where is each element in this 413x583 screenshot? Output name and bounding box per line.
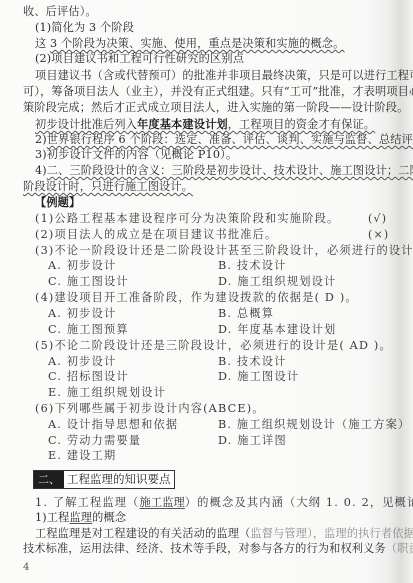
option: C. 施工图设计 <box>48 275 129 289</box>
wavy-underlined-text: 二、三阶段设计的含义：三阶段是初步设计、技术设计、施工图设计；二阶段少技术，当一 <box>47 164 413 177</box>
option: C. 施工图预算 <box>48 323 129 337</box>
option: B. 总概算 <box>218 307 274 321</box>
text-span: 工程监理是对工程建设的有关活动的监理（ <box>35 527 250 540</box>
option: B. 技术设计 <box>218 355 286 369</box>
text-line: 项目建议书（含或代替预可）的批准并非项目最终决策，只是可以进行工程可行性研究（工 <box>35 69 413 83</box>
option: D. 年度基本建设计划 <box>218 323 336 337</box>
question-1: (1)公路工程基本建设程序可分为决策阶段和实施阶段。 <box>35 212 339 226</box>
option: A. 设计指导思想和依据 <box>48 418 178 432</box>
text-line: 阶段设计时，只进行施工图设计。 <box>23 180 193 194</box>
wavy-underlined-text: 阶段设计时，只进行施工图设计。 <box>23 180 193 193</box>
section-number: 二、 <box>34 471 64 488</box>
option: E. 施工组织规划设计 <box>48 386 166 400</box>
wavy-underlined-text: 初步设计批准后列入 <box>35 118 137 131</box>
question-3: (3)不论一阶段设计还是二阶段设计甚至三阶段设计，必须进行的设计是( C )。 <box>35 244 413 258</box>
option: D. 施工详图 <box>218 434 287 448</box>
option: A. 初步设计 <box>48 355 116 369</box>
wavy-underlined-text: ，工程项目的资金才有保证。 <box>228 118 375 131</box>
question-6: (6)下列哪些属于初步设计内容(ABCE)。 <box>35 402 265 416</box>
text-span: 4) <box>35 164 47 177</box>
text-line: 技术标准，运用法律、经济、技术等手段，对参与各方的行为和权利义务（职责）进行必要… <box>23 542 413 556</box>
subheading: (2)项目建议书和工程可行性研究的区别点 <box>35 52 244 66</box>
option: D. 施工组织规划设计 <box>218 275 336 289</box>
bold-text: 年度基本建设计划 <box>137 117 228 131</box>
question-5: (5)不论二阶段设计还是三阶段设计，必须进行的设计是( AD )。 <box>35 339 392 353</box>
text-line: 收、后评估）。 <box>23 5 97 19</box>
subheading: 1)工程监理的概念 <box>35 511 126 525</box>
text-span: 2) <box>35 133 47 146</box>
underlined-text: 监理 <box>69 511 92 524</box>
subheading: (1)简化为 3 个阶段 <box>35 21 134 35</box>
text-span: ）的概念及其内涵（大纲 1. 0. 2，见概论 P14） <box>185 496 413 509</box>
option: A. 初步设计 <box>48 259 116 273</box>
text-line: 可），筹备项目法人（业主），并没有正式组建。只有“工可”批准，才表明项目必上无疑… <box>23 85 413 99</box>
text-line: 工程监理是对工程建设的有关活动的监理（监督与管理），监理的执行者依据法律法规和 <box>35 527 413 541</box>
example-heading: 【例题】 <box>35 196 80 210</box>
wavy-underlined-text: 3 个阶段为决策、实施、使用，重点是决策和实施的概念。 <box>50 37 344 50</box>
text-line: 策阶段完成；然后才正式成立项目法人，进入实施的第一阶段——设计阶段。 <box>23 101 408 115</box>
question-2: (2)项目法人的成立是在项目建议书批准后。 <box>35 228 277 242</box>
text-span: 的概念 <box>92 511 126 524</box>
option: A. 初步设计 <box>48 307 116 321</box>
text-line: 这 3 个阶段为决策、实施、使用，重点是决策和实施的概念。 <box>35 37 344 51</box>
question-4: (4)建设项目开工准备阶段，作为建设拨款的依据是( D )。 <box>35 291 358 305</box>
text-span: 1)工程 <box>35 511 69 524</box>
text-span: 1. 了解工程监理（ <box>35 496 140 509</box>
option: C. 招标图设计 <box>48 370 129 384</box>
item-heading: 1. 了解工程监理（施工监理）的概念及其内涵（大纲 1. 0. 2，见概论 P1… <box>35 496 413 510</box>
answer-mark: (×) <box>368 228 389 241</box>
option: C. 劳动力需要量 <box>48 434 141 448</box>
option: E. 建设工期 <box>48 449 116 463</box>
option: B. 技术设计 <box>218 259 286 273</box>
option: B. 施工组织规划设计（施工方案） <box>218 418 410 432</box>
text-span: 这 <box>35 37 50 50</box>
underlined-text: 施工监理 <box>140 496 185 509</box>
section-heading: 二、 工程监理的知识要点 <box>33 470 175 489</box>
option: D. 施工图设计 <box>218 370 299 384</box>
text-line: 初步设计批准后列入年度基本建设计划，工程项目的资金才有保证。 <box>35 117 375 132</box>
answer-mark: (√) <box>368 212 387 225</box>
section-title: 工程监理的知识要点 <box>64 471 174 488</box>
wavy-underlined-text: 世界银行程序 6 个阶段：选定、准备、评估、谈判、实施与监督、总结评价。 <box>47 133 413 146</box>
page-number: 4 <box>23 562 29 573</box>
text-span: 技术标准，运用法律、经济、技术等手段，对参与各方的行为和权利义务 <box>23 542 386 555</box>
text-span: 监督与管理），监理的执行者依据法律法规和 <box>250 527 413 540</box>
text-line: 4)二、三阶段设计的含义：三阶段是初步设计、技术设计、施工图设计；二阶段少技术，… <box>35 164 413 178</box>
text-line: 2)世界银行程序 6 个阶段：选定、准备、评估、谈判、实施与监督、总结评价。 <box>35 133 413 147</box>
text-line: 3)初步设计文件的内容（见概论 P10）。 <box>35 148 237 162</box>
text-span: （职责）进行必要的协调 <box>386 542 413 555</box>
